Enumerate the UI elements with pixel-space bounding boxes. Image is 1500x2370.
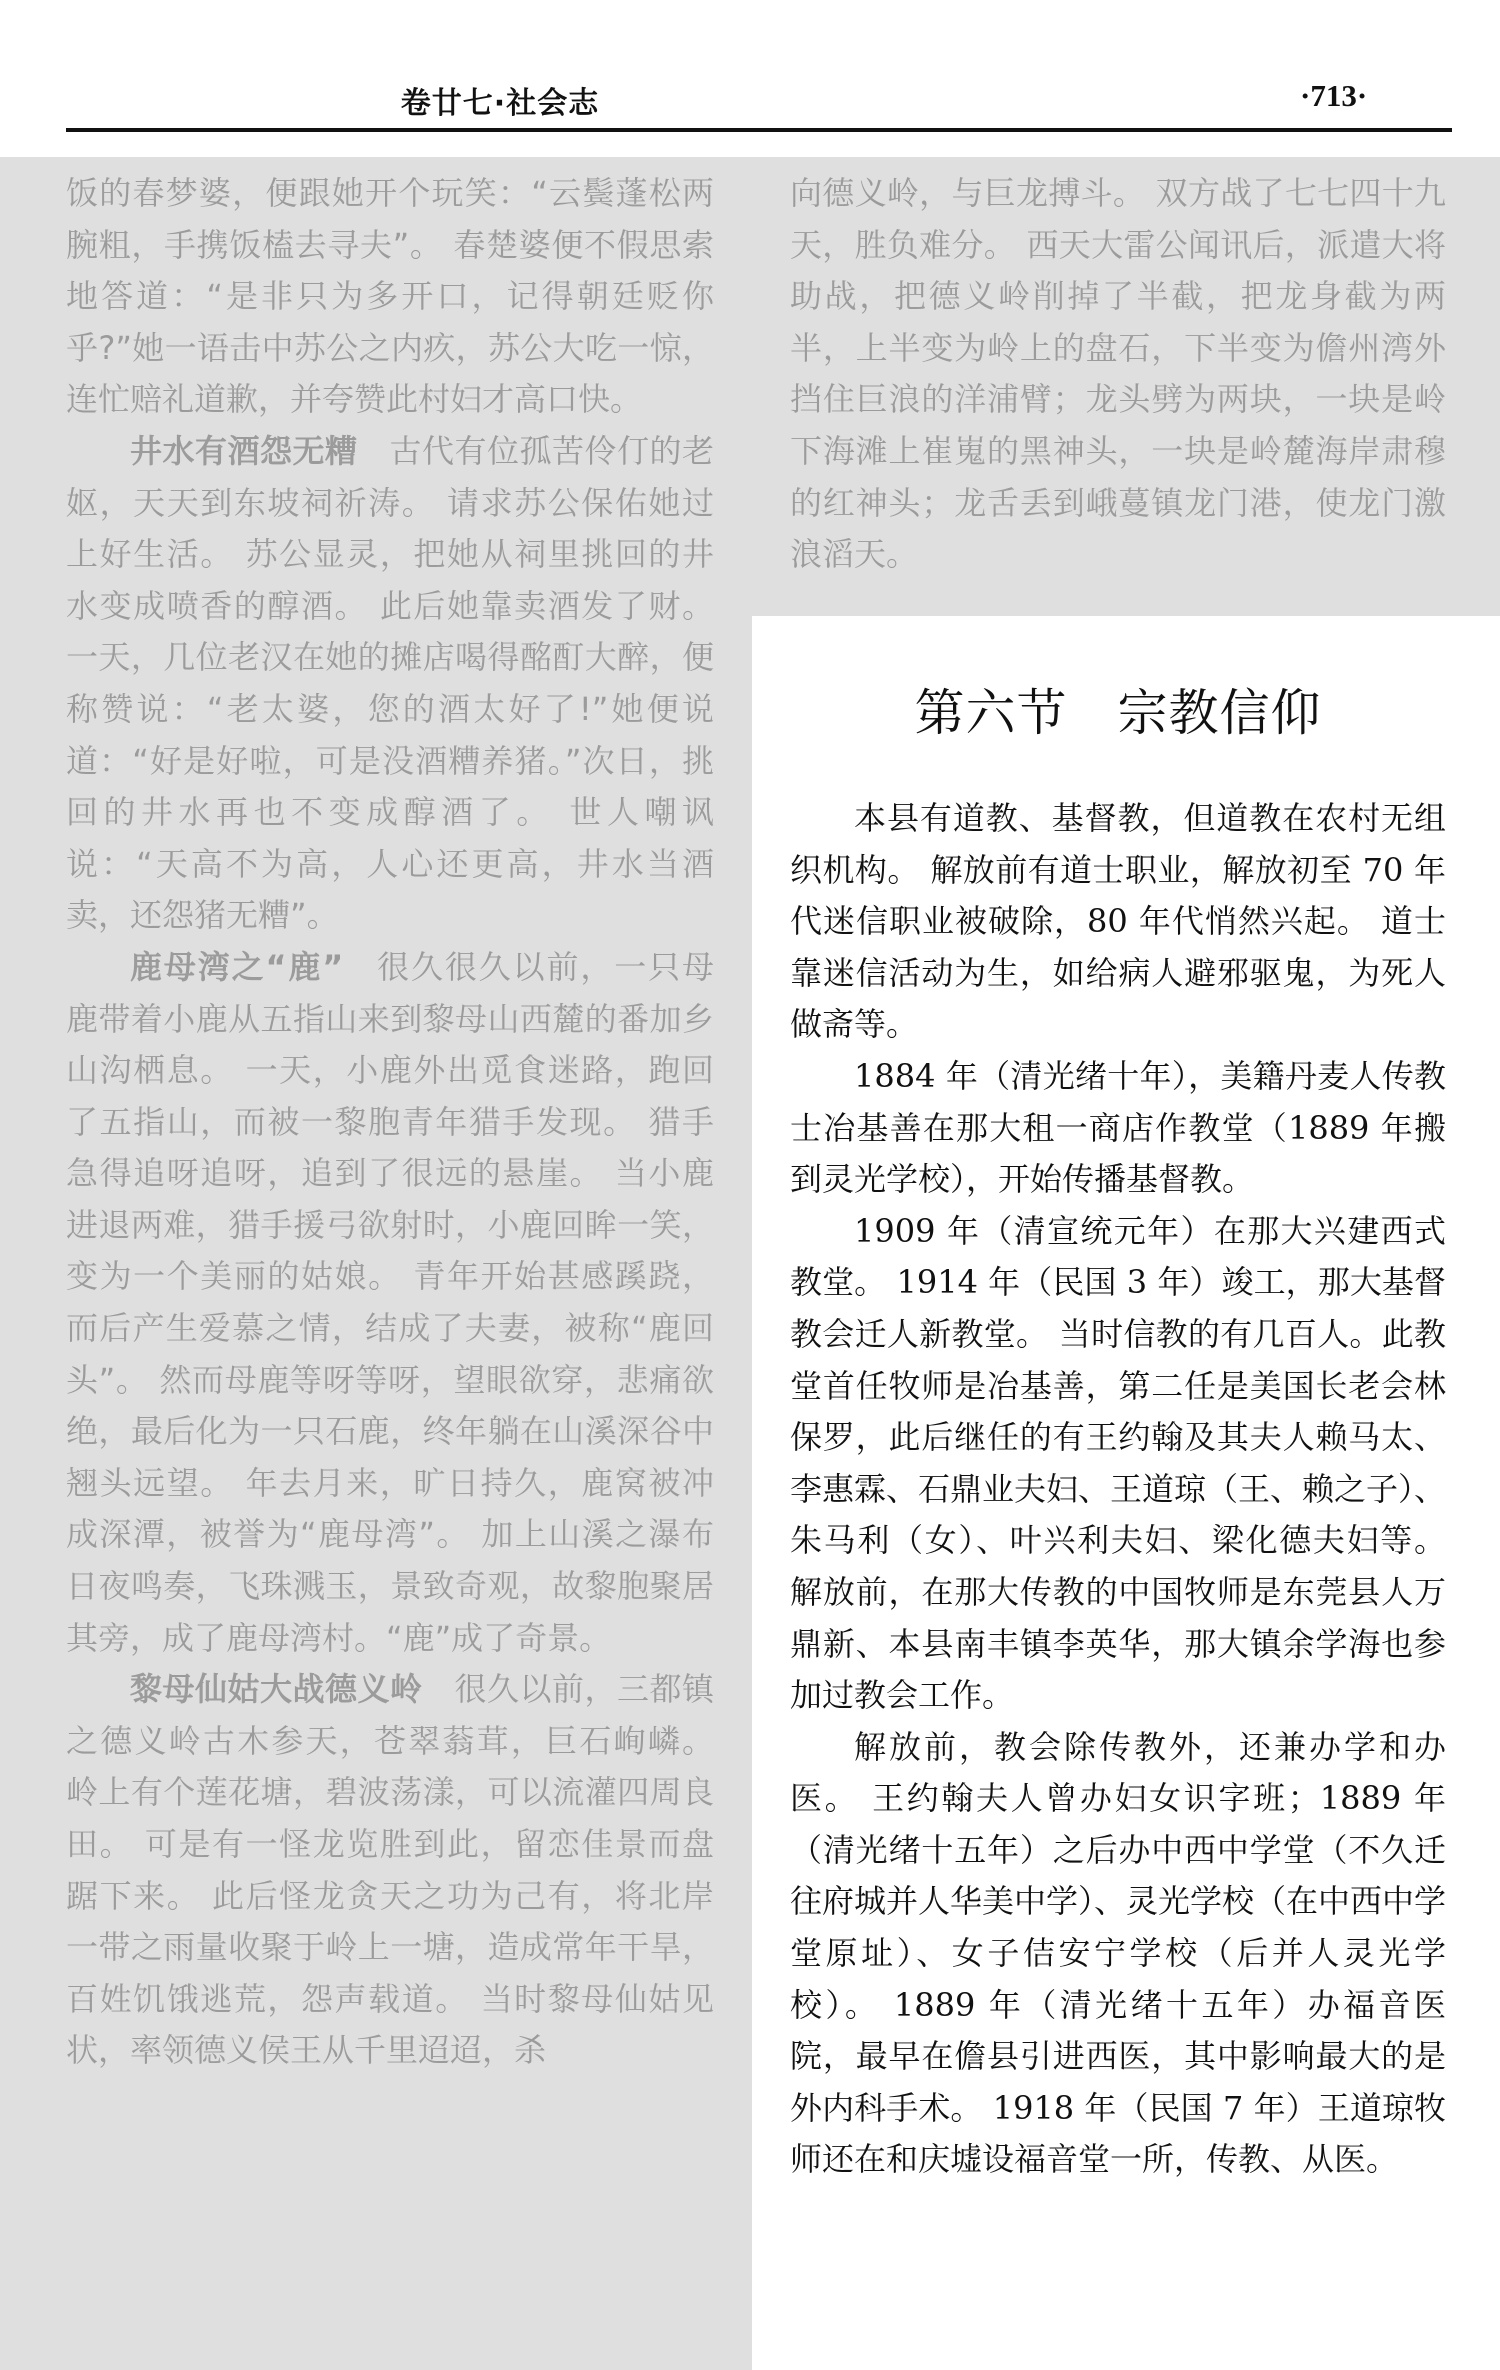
paragraph-text: 很久以前，三都镇之德义岭古木参天，苍翠蓊茸，巨石峋嶙。 岭上有个莲花塘，碧波荡漾… <box>66 1670 714 2069</box>
story-title: 黎母仙姑大战德义岭 <box>130 1670 422 1708</box>
paragraph: 1909 年（清宣统元年）在那大兴建西式教堂。 1914 年（民国 3 年）竣工… <box>790 1206 1446 1722</box>
story-title: 井水有酒怨无糟 <box>130 432 358 470</box>
left-column: 饭的春梦婆，便跟她开个玩笑：“云鬓蓬松两腕粗，手携饭榼去寻夫”。 春楚婆便不假思… <box>66 168 714 2077</box>
page-header: 卷廿七·社会志 ·713· <box>0 0 1500 157</box>
paragraph-text: 向德义岭，与巨龙搏斗。 双方战了七七四十九天，胜负难分。 西天大雷公闻讯后，派遣… <box>790 168 1446 581</box>
section-heading: 第六节宗教信仰 <box>790 673 1446 745</box>
section-number: 第六节 <box>915 684 1068 742</box>
page-number: ·713· <box>1300 78 1367 114</box>
paragraph: 解放前，教会除传教外，还兼办学和办医。 王约翰夫人曾办妇女识字班；1889 年（… <box>790 1722 1446 2186</box>
section-name: 宗教信仰 <box>1118 684 1322 742</box>
paragraph-text: 很久很久以前，一只母鹿带着小鹿从五指山来到黎母山西麓的番加乡山沟栖息。 一天，小… <box>66 948 714 1657</box>
running-title: 卷廿七·社会志 <box>0 78 1250 122</box>
paragraph-text: 古代有位孤苦伶仃的老妪，天天到东坡祠祈涛。 请求苏公保佑她过上好生活。 苏公显灵… <box>66 432 714 934</box>
paragraph: 本县有道教、基督教，但道教在农村无组织机构。 解放前有道士职业，解放初至 70 … <box>790 793 1446 1051</box>
paragraph-text: 饭的春梦婆，便跟她开个玩笑：“云鬓蓬松两腕粗，手携饭榼去寻夫”。 春楚婆便不假思… <box>66 174 714 418</box>
header-rule <box>66 128 1452 132</box>
right-column-body: 本县有道教、基督教，但道教在农村无组织机构。 解放前有道士职业，解放初至 70 … <box>790 793 1446 2186</box>
story-paragraph: 黎母仙姑大战德义岭很久以前，三都镇之德义岭古木参天，苍翠蓊茸，巨石峋嶙。 岭上有… <box>66 1664 714 2077</box>
right-column-continuation: 向德义岭，与巨龙搏斗。 双方战了七七四十九天，胜负难分。 西天大雷公闻讯后，派遣… <box>790 168 1446 581</box>
paragraph: 1884 年（清光绪十年），美籍丹麦人传教士冶基善在那大租一商店作教堂（1889… <box>790 1051 1446 1206</box>
paragraph: 饭的春梦婆，便跟她开个玩笑：“云鬓蓬松两腕粗，手携饭榼去寻夫”。 春楚婆便不假思… <box>66 168 714 426</box>
story-paragraph: 井水有酒怨无糟古代有位孤苦伶仃的老妪，天天到东坡祠祈涛。 请求苏公保佑她过上好生… <box>66 426 714 942</box>
story-title: 鹿母湾之“鹿” <box>130 948 343 986</box>
story-paragraph: 鹿母湾之“鹿”很久很久以前，一只母鹿带着小鹿从五指山来到黎母山西麓的番加乡山沟栖… <box>66 942 714 1664</box>
